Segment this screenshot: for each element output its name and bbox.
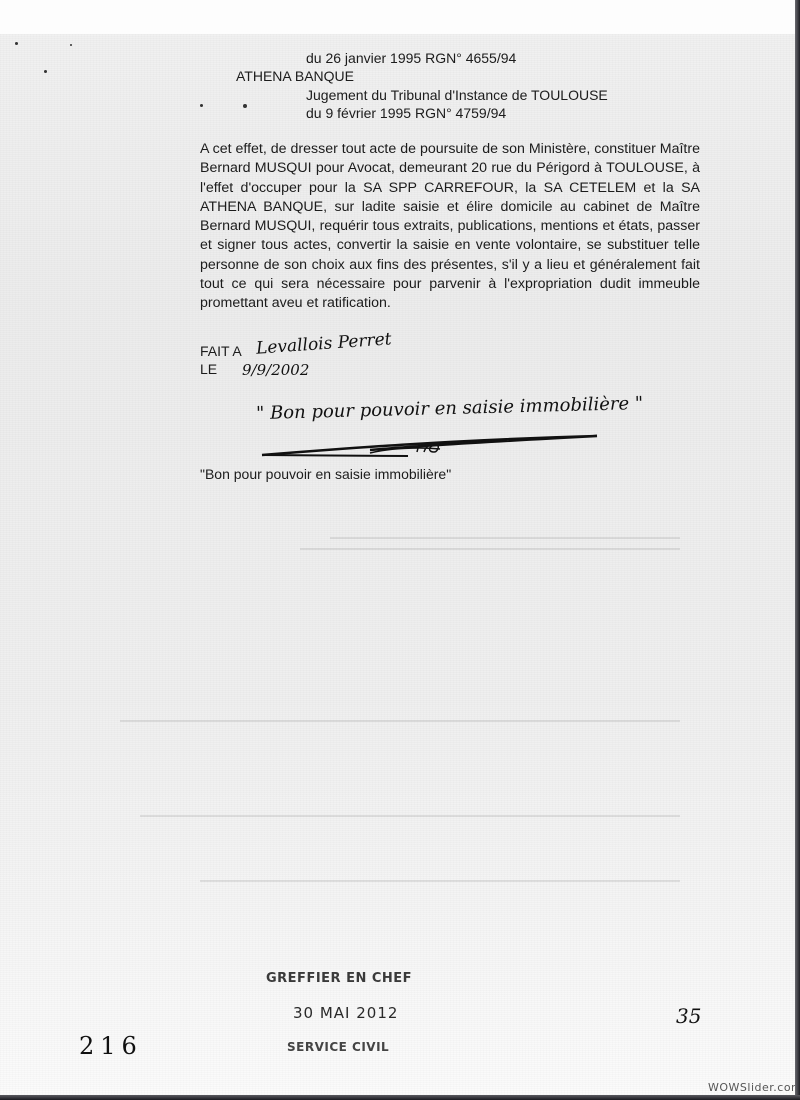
scan-edge-right: [795, 0, 800, 1100]
scan-edge-bottom: [0, 1095, 800, 1100]
handwritten-page-number-left: 216: [79, 1032, 143, 1060]
printed-mention: "Bon pour pouvoir en saisie immobilière": [200, 466, 451, 483]
scanned-page: du 26 janvier 1995 RGN° 4655/94 ATHENA B…: [0, 0, 795, 1095]
handwritten-page-number-right: 35: [676, 1004, 701, 1028]
signature-icon: [0, 0, 800, 1100]
stamp-title: GREFFIER EN CHEF: [266, 971, 412, 986]
stamp-date: 30 MAI 2012: [293, 1004, 398, 1022]
stamp-service: SERVICE CIVIL: [287, 1040, 389, 1054]
watermark: WOWSlider.com: [708, 1081, 800, 1094]
